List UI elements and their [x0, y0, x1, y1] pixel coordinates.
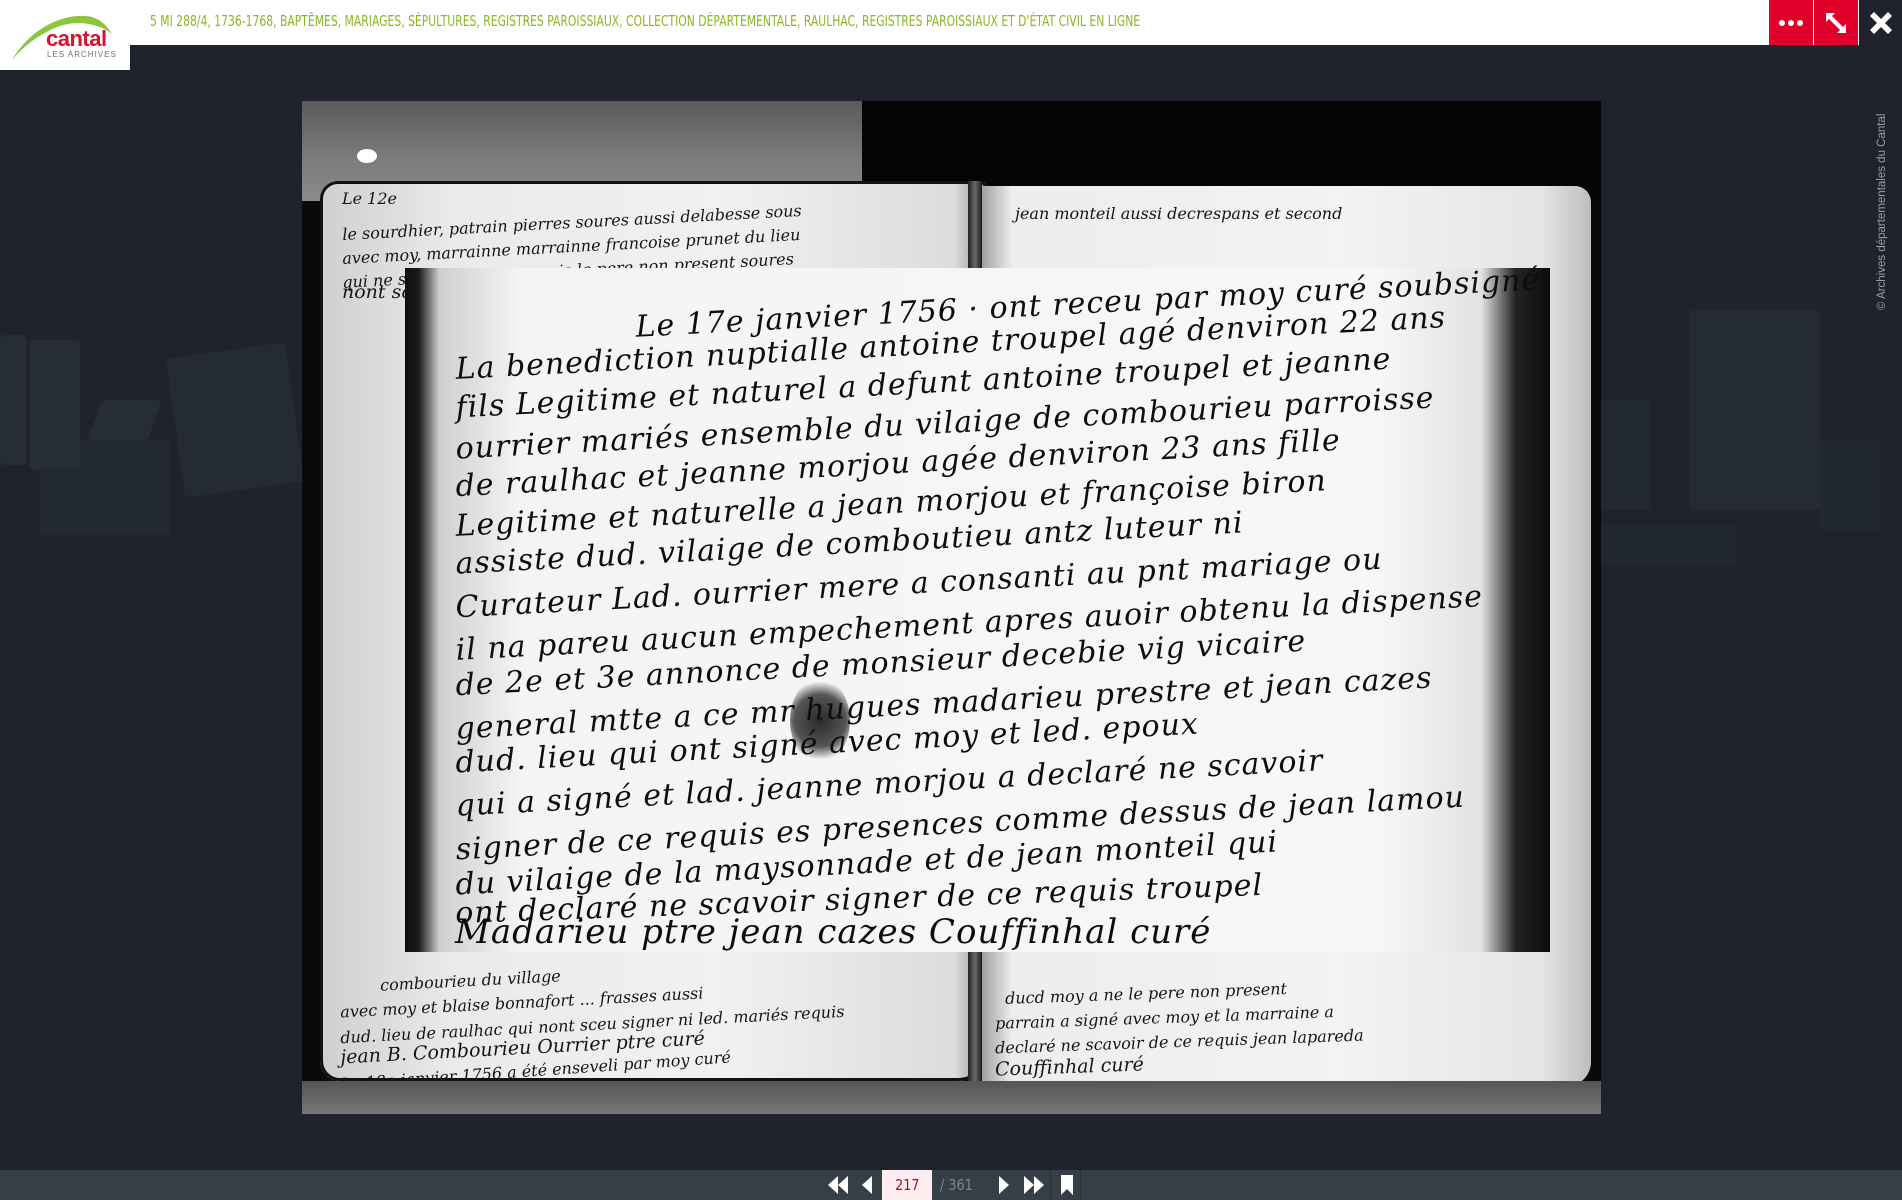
current-page-number: 217 — [895, 1176, 919, 1194]
prev-page-icon — [860, 1175, 874, 1195]
total-pages: / 361 — [940, 1170, 973, 1200]
zoomed-entry-region: Le 17e janvier 1756 · ont receu par moy … — [405, 268, 1550, 952]
first-page-icon — [826, 1175, 850, 1195]
toolbar-divider — [1080, 1170, 1081, 1200]
last-page-icon — [1022, 1175, 1046, 1195]
handwritten-line: Couffinhal curé — [995, 1053, 1145, 1080]
background-illustration-right — [1600, 290, 1902, 570]
header-bar: 5 MI 288/4, 1736-1768, BAPTÊMES, MARIAGE… — [0, 0, 1902, 45]
close-button[interactable] — [1859, 0, 1902, 45]
first-page-button[interactable] — [824, 1170, 852, 1200]
previous-page-button[interactable] — [856, 1170, 878, 1200]
signatures-line: Madarieu ptre jean cazes Couffinhal curé — [455, 912, 1211, 952]
handwritten-line: combourieu du village — [380, 966, 562, 994]
scan-bottom-background — [302, 1081, 1601, 1114]
fullscreen-button[interactable] — [1814, 0, 1858, 45]
current-page-input[interactable]: 217 — [882, 1170, 932, 1200]
toolbar-divider — [1050, 1170, 1051, 1200]
pagination-bar: 217 / 361 — [0, 1170, 1902, 1200]
expand-arrows-icon — [1823, 10, 1849, 36]
background-illustration-left — [0, 290, 310, 570]
document-title: 5 MI 288/4, 1736-1768, BAPTÊMES, MARIAGE… — [150, 12, 1140, 30]
logo-subtitle: LES ARCHIVES — [47, 50, 117, 59]
bookmark-icon — [1060, 1174, 1074, 1196]
handwritten-line: jean monteil aussi decrespans et second — [1015, 204, 1342, 223]
cantal-logo[interactable]: cantal LES ARCHIVES — [0, 0, 130, 70]
archive-viewer: 5 MI 288/4, 1736-1768, BAPTÊMES, MARIAGE… — [0, 0, 1902, 1200]
handwritten-line: ducd moy a ne le pere non present — [1005, 979, 1287, 1008]
more-dots-icon — [1779, 20, 1803, 26]
document-scan-image[interactable]: Le 12e le sourdhier, patrain pierres sou… — [302, 101, 1601, 1114]
more-options-button[interactable] — [1769, 0, 1813, 45]
copyright-notice: © Archives départementales du Cantal — [1876, 114, 1888, 310]
next-page-button[interactable] — [993, 1170, 1015, 1200]
next-page-icon — [997, 1175, 1011, 1195]
logo-wordmark: cantal — [46, 28, 107, 50]
bookmark-button[interactable] — [1055, 1170, 1079, 1200]
close-x-icon — [1869, 11, 1893, 35]
handwritten-line: Le 12e — [342, 189, 397, 208]
scan-light-spot — [357, 149, 377, 163]
last-page-button[interactable] — [1020, 1170, 1048, 1200]
